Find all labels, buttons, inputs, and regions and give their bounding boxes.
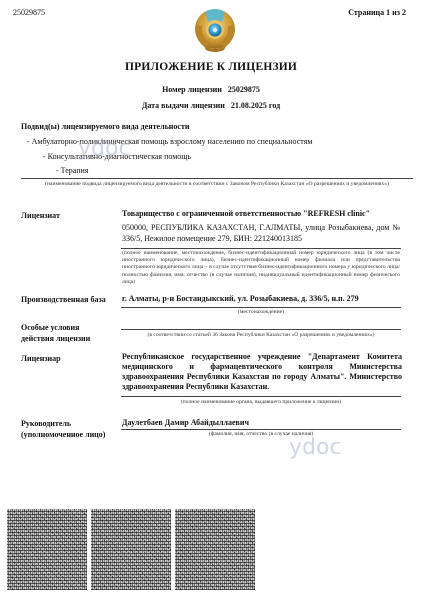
divider — [121, 307, 401, 308]
license-number-value: 25029875 — [228, 85, 260, 94]
licensee-name: Товарищество с ограниченной ответственно… — [122, 209, 400, 219]
licensor-label: Лицензиар — [21, 353, 61, 364]
qr-code-icon — [91, 509, 171, 590]
head-label-line2: (уполномоченное лицо) — [21, 429, 105, 440]
head-note: (фамилия, имя, отчество (в случае наличи… — [121, 431, 401, 438]
kazakhstan-state-emblem-icon — [192, 6, 238, 54]
qr-code-icon — [175, 509, 255, 590]
production-base-value: г. Алматы, р-н Бостандыкский, ул. Розыба… — [122, 294, 402, 304]
divider — [121, 329, 401, 330]
divider — [21, 178, 413, 179]
divider — [121, 396, 401, 397]
licensee-note: (полное наименование, местонахождение, б… — [122, 250, 400, 286]
license-date-value: 21.08.2025 год — [231, 101, 280, 110]
license-date-label: Дата выдачи лицензии — [142, 101, 225, 110]
divider — [121, 429, 401, 430]
license-number-row: Номер лицензии 25029875 — [0, 85, 422, 94]
special-conditions-label-line2: действия лицензии — [21, 333, 90, 344]
special-conditions-label: Особые условия действия лицензии — [21, 322, 90, 344]
subtype-item: - Амбулаторно-поликлиническая помощь взр… — [27, 137, 312, 146]
production-base-note: (местонахождение) — [121, 309, 401, 316]
page-indicator: Страница 1 из 2 — [348, 8, 406, 17]
qr-code-icon — [7, 509, 87, 590]
licensor-note: (полное наименование органа, выдавшего п… — [121, 399, 401, 406]
page-title: ПРИЛОЖЕНИЕ К ЛИЦЕНЗИИ — [0, 61, 422, 73]
subtypes-note: (наименование подвида лицензируемого вид… — [21, 181, 413, 188]
licensee-label: Лицензиат — [21, 210, 60, 221]
head-label: Руководитель (уполномоченное лицо) — [21, 418, 105, 440]
watermark: ydoc — [78, 138, 131, 160]
subtype-item: - Терапия — [56, 166, 88, 175]
license-number-label: Номер лицензии — [162, 85, 222, 94]
licensee-address: 050000, РЕСПУБЛИКА КАЗАХСТАН, Г.АЛМАТЫ, … — [122, 222, 400, 244]
head-label-line1: Руководитель — [21, 418, 105, 429]
subtypes-heading: Подвид(ы) лицензируемого вида деятельнос… — [21, 122, 190, 131]
special-conditions-note: (в соответствии со статьей 36 Закона Рес… — [121, 332, 401, 339]
divider — [121, 248, 401, 249]
head-name: Даулетбаев Дамир Абайдыллаевич — [122, 418, 402, 428]
licensor-value: Республиканское государственное учрежден… — [122, 352, 402, 392]
special-conditions-label-line1: Особые условия — [21, 322, 90, 333]
document-number: 25029875 — [13, 8, 45, 17]
production-base-label: Производственная база — [21, 294, 106, 305]
watermark: ydoc — [289, 437, 342, 459]
license-date-row: Дата выдачи лицензии 21.08.2025 год — [0, 101, 422, 110]
